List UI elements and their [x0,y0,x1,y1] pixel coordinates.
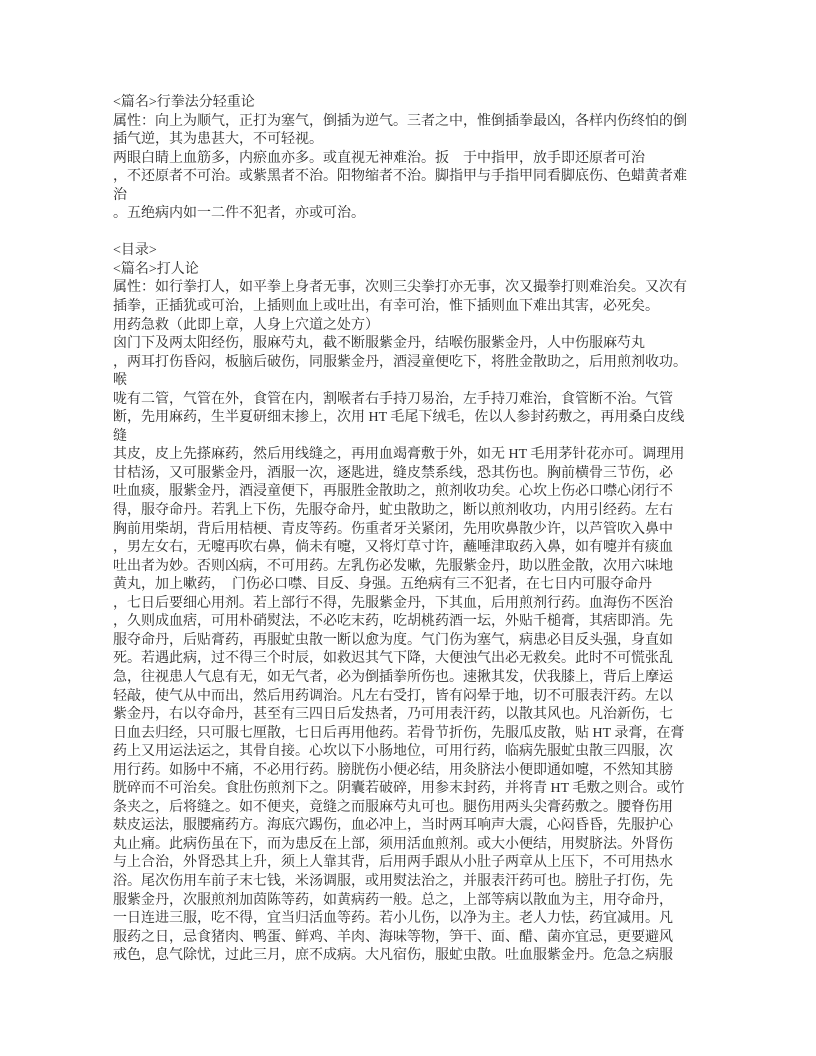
text-line: 浴。尾次伤用车前子末七钱，米汤调服，或用熨法治之，并服表汗药可也。膀肚子打伤，先 [113,873,713,892]
text-line: 。五绝病内如一二件不犯者，亦或可治。 [113,205,713,224]
text-line: 吐出者为妙。否则凶病，不可用药。左乳伤必发嗽，先服紫金丹，助以胜金散，次用六味地 [113,558,713,577]
text-line: 死。若遇此病，过不得三个时辰，如救迟其气下降，大便浊气出必无救矣。此时不可慌张乱 [113,650,713,669]
text-line: 一日连进三服，吃不得，宜当归活血等药。若小儿伤，以净为主。老人力怯，药宜减用。凡 [113,910,713,929]
text-line: 用药急救（此即上章，人身上穴道之处方） [113,317,713,336]
text-line: 断，先用麻药，生半夏研细末掺上，次用 HT 毛尾下绒毛，佐以人参封药敷之，再用桑… [113,409,713,428]
text-line: 服紫金丹，次服煎剂加茵陈等药，如黄病药一般。总之，上部等病以散血为主，用夺命丹， [113,892,713,911]
text-line: 胸前用柴胡，背后用桔梗、青皮等药。伤重者牙关紧闭，先用吹鼻散少许，以芦管吹入鼻中 [113,521,713,540]
text-line: 紫金丹，右以夺命丹，甚至有三四日后发热者，乃可用表汗药，以散其风也。凡治新伤，七 [113,706,713,725]
text-line: ，两耳打伤昏闷，板脑后破伤，同服紫金丹，酒浸童便吃下，将胜金散助之，后用煎剂收功… [113,354,713,373]
text-line [113,224,713,243]
text-line: 得，服夺命丹。若乳上下伤，先服夺命丹，虻虫散助之，断以煎剂收功，内用引经药。左右 [113,502,713,521]
text-line: 与上合治，外肾恐其上升，须上人靠其背，后用两手跟从小肚子两章从上压下，不可用热水 [113,854,713,873]
text-line: 囟门下及两太阳经伤，服麻芍丸，截不断服紫金丹，结喉伤服紫金丹，人中伤服麻芍丸 [113,335,713,354]
text-line: 条夹之，后将缝之。如不便夹，竟缝之而服麻芍丸可也。腿伤用两头尖膏药敷之。腰脊伤用 [113,799,713,818]
text-line: 急，往视患人气息有无，如无气者，必为倒插拳所伤也。速揪其发，伏我膝上，背后上摩运 [113,669,713,688]
text-line: <篇名>打人论 [113,261,713,280]
document-text-body: <篇名>行拳法分轻重论属性：向上为顺气，正打为塞气，倒插为逆气。三者之中，惟倒插… [113,94,713,966]
text-line: 两眼白睛上血筋多，内瘀血亦多。或直视无神难治。扳 于中指甲，放手即还原者可治 [113,150,713,169]
text-line: 服夺命丹，后贴膏药，再服虻虫散一断以愈为度。气门伤为塞气，病患必目反头强，身直如 [113,632,713,651]
text-line: 属性：向上为顺气，正打为塞气，倒插为逆气。三者之中，惟倒插拳最凶，各样内伤终怕的… [113,113,713,132]
text-line: 用行药。如肠中不痛，不必用行药。膀胱伤小便必结，用灸脐法小便即通如嚏，不然知其膀 [113,762,713,781]
text-line: 属性：如行拳打人，如平拳上身者无事，次则三尖拳打亦无事，次又撮拳打则难治矣。又次… [113,279,713,298]
text-line: ，男左女右，无嚏再吹右鼻，倘未有嚏，又将灯草寸许，蘸唾津取药入鼻，如有嚏并有痰血 [113,539,713,558]
text-line: 喉 [113,372,713,391]
text-line: <目录> [113,242,713,261]
text-line: 丸止痛。此病伤虽在下，而为患反在上部，须用活血煎剂。或大小便结，用熨脐法。外肾伤 [113,836,713,855]
document-page: <篇名>行拳法分轻重论属性：向上为顺气，正打为塞气，倒插为逆气。三者之中，惟倒插… [0,0,816,1056]
text-line: 插气逆，其为患甚大，不可轻视。 [113,131,713,150]
text-line: 治 [113,187,713,206]
text-line: ，久则成血痞，可用朴硝熨法，不必吃末药，吃胡桃药酒一坛，外贴千槌膏，其痞即消。先 [113,613,713,632]
text-line: 咙有二管，气管在外，食管在内，割喉者右手持刀易治，左手持刀难治，食管断不治。气管 [113,391,713,410]
text-line: 其皮，皮上先搽麻药，然后用线缝之，再用血竭膏敷于外，如无 HT 毛用茅针花亦可。… [113,446,713,465]
text-line: 胱碎而不可治矣。食肚伤煎剂下之。阴囊若破碎，用参末封药，并将青 HT 毛敷之则合… [113,780,713,799]
text-line: 插拳，正插犹或可治，上插则血上或吐出，有幸可治，惟下插则血下难出其害，必死矣。 [113,298,713,317]
text-line: 戒色，息气除忧，过此三月，庶不成病。大凡宿伤，服虻虫散。吐血服紫金丹。危急之病服 [113,947,713,966]
text-line: 甘桔汤，又可服紫金丹，酒服一次，逐匙进，缝皮禁系线，恐其伤也。胸前横骨三节伤，必 [113,465,713,484]
text-line: <篇名>行拳法分轻重论 [113,94,713,113]
text-line: 药上又用运法运之，其骨自接。心坎以下小肠地位，可用行药，临病先服虻虫散三四服，次 [113,743,713,762]
text-line: 缝 [113,428,713,447]
text-line: 轻敲，使气从中而出，然后用药调治。凡左右受打，皆有闷晕于地，切不可服表汗药。左以 [113,688,713,707]
text-line: 麸皮运法，服腰痛药方。海底穴踢伤，血必冲上，当时两耳响声大震，心闷昏昏，先服护心 [113,817,713,836]
text-line: ，不还原者不可治。或紫黑者不治。阳物缩者不治。脚指甲与手指甲同看脚底伤、色蜡黄者… [113,168,713,187]
text-line: 日血去归经，只可服七厘散，七日后再用他药。若骨节折伤，先服瓜皮散，贴 HT 录膏… [113,725,713,744]
text-line: 黄丸，加上嗽药， 门伤必口噤、目反、身强。五绝病有三不犯者，在七日内可服夺命丹 [113,576,713,595]
text-line: 吐血痰，服紫金丹，酒浸童便下，再服胜金散助之，煎剂收功矣。心坎上伤必口噤心闭行不 [113,483,713,502]
text-line: ，七日后要细心用剂。若上部行不得，先服紫金丹，下其血，后用煎剂行药。血海伤不医治 [113,595,713,614]
text-line: 服药之日，忌食猪肉、鸭蛋、鲜鸡、羊肉、海味等物，笋干、面、醋、菌亦宜忌，更要避风 [113,929,713,948]
